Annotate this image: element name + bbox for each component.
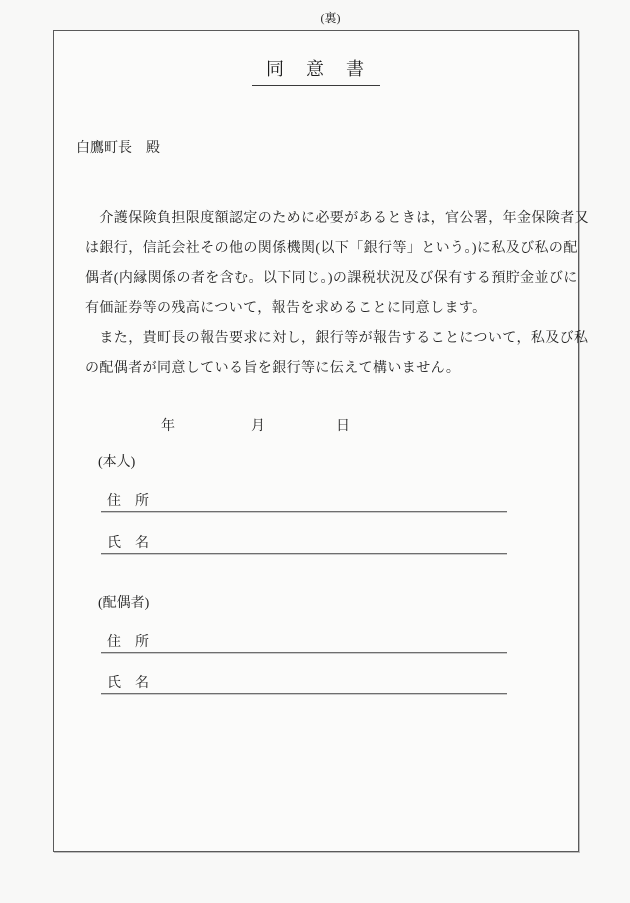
date-day-label: 日 (336, 415, 350, 435)
date-month-label: 月 (251, 415, 265, 435)
title-container: 同 意 書 (54, 55, 578, 86)
addressee-line: 白鷹町長 殿 (76, 137, 160, 157)
principal-address-field: 住 所 (101, 490, 507, 512)
page-side-label: (裏) (53, 9, 608, 26)
body-line-4: 有価証券等の残高について，報告を求めることに同意します。 (85, 294, 560, 324)
section-label-spouse: (配偶者) (98, 592, 149, 612)
body-line-5: また，貴町長の報告要求に対し，銀行等が報告することについて，私及び私 (85, 324, 560, 354)
spouse-address-field: 住 所 (101, 631, 507, 653)
body-line-3: 偶者(内縁関係の者を含む。以下同じ。)の課税状況及び保有する預貯金並びに (85, 264, 560, 294)
document-page: (裏) 同 意 書 白鷹町長 殿 介護保険負担限度額認定のために必要があるときは… (0, 0, 630, 903)
consent-body-text: 介護保険負担限度額認定のために必要があるときは，官公署，年金保険者又 は銀行，信… (85, 204, 560, 384)
spouse-name-field: 氏 名 (101, 672, 507, 694)
body-line-6: の配偶者が同意している旨を銀行等に伝えて構いません。 (85, 354, 560, 384)
principal-address-label: 住 所 (107, 490, 149, 510)
body-line-1: 介護保険負担限度額認定のために必要があるときは，官公署，年金保険者又 (85, 204, 560, 234)
section-label-principal: (本人) (98, 451, 135, 471)
principal-name-field: 氏 名 (101, 532, 507, 554)
document-title: 同 意 書 (252, 55, 380, 86)
spouse-address-label: 住 所 (107, 631, 149, 651)
body-line-2: は銀行，信託会社その他の関係機関(以下「銀行等」という。)に私及び私の配 (85, 234, 560, 264)
date-year-label: 年 (161, 415, 175, 435)
principal-name-label: 氏 名 (107, 532, 149, 552)
form-border-box: 同 意 書 白鷹町長 殿 介護保険負担限度額認定のために必要があるときは，官公署… (53, 30, 579, 852)
spouse-name-label: 氏 名 (107, 672, 149, 692)
